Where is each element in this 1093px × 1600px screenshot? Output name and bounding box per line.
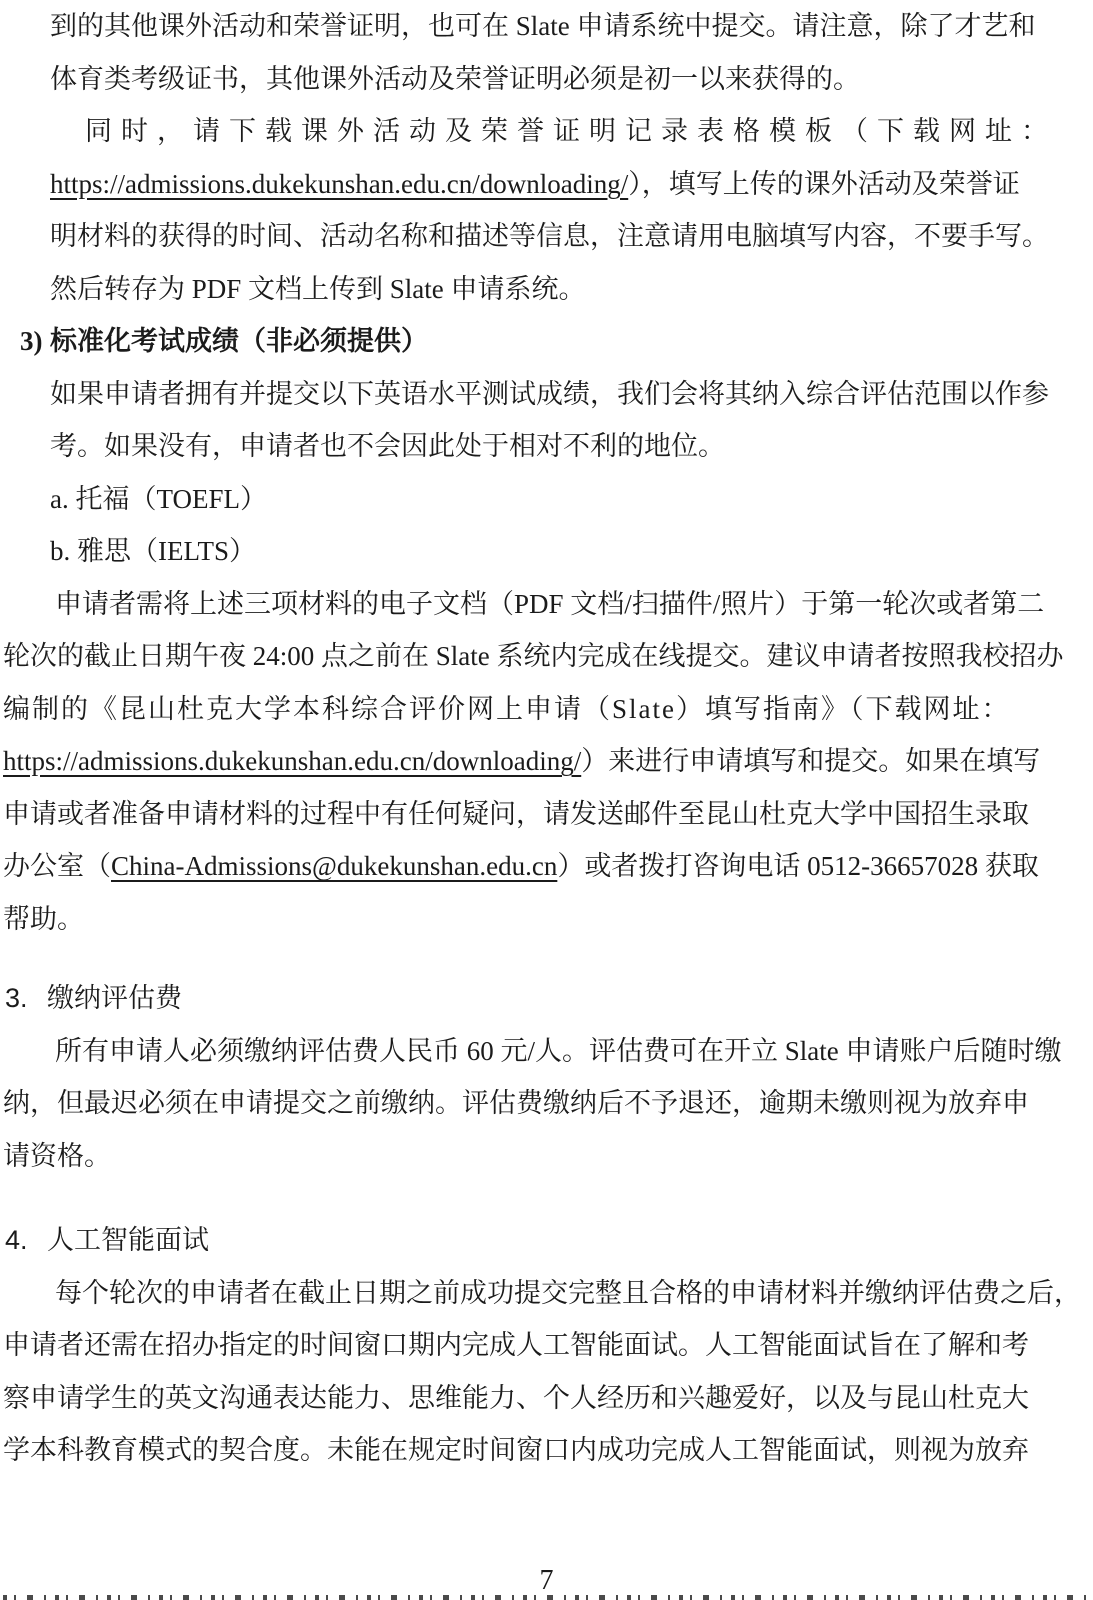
paragraph-text: 办公室（ — [3, 851, 111, 881]
section-heading-assessment-fee: 3.缴纳评估费 — [0, 972, 1093, 1025]
paragraph-line: 学本科教育模式的契合度。未能在规定时间窗口内成功完成人工智能面试，则视为放弃 — [0, 1424, 1093, 1477]
paragraph-line: 所有申请人必须缴纳评估费人民币 60 元/人。评估费可在开立 Slate 申请账… — [0, 1025, 1093, 1078]
subheading-label: 标准化考试成绩（非必须提供） — [50, 326, 428, 356]
paragraph-line: 同时，请下载课外活动及荣誉证明记录表格模板（下载网址： — [0, 105, 1093, 158]
paragraph-line: 帮助。 — [0, 893, 1093, 946]
paragraph-line: https://admissions.dukekunshan.edu.cn/do… — [0, 158, 1093, 211]
paragraph-text: ），填写上传的课外活动及荣誉证 — [628, 169, 1020, 199]
paragraph-text: ）来进行申请填写和提交。如果在填写 — [581, 746, 1040, 776]
paragraph-line: 办公室（China-Admissions@dukekunshan.edu.cn）… — [0, 840, 1093, 893]
section-number: 4. — [0, 1214, 47, 1267]
paragraph-line: 体育类考级证书，其他课外活动及荣誉证明必须是初一以来获得的。 — [0, 53, 1093, 106]
section-heading-ai-interview: 4.人工智能面试 — [0, 1214, 1093, 1267]
paragraph-line: 纳，但最迟必须在申请提交之前缴纳。评估费缴纳后不予退还，逾期未缴则视为放弃申 — [0, 1077, 1093, 1130]
admissions-email-link[interactable]: China-Admissions@dukekunshan.edu.cn — [111, 851, 557, 881]
paragraph-line: https://admissions.dukekunshan.edu.cn/do… — [0, 735, 1093, 788]
download-url-link[interactable]: https://admissions.dukekunshan.edu.cn/do… — [3, 746, 581, 776]
paragraph-line: 申请或者准备申请材料的过程中有任何疑问，请发送邮件至昆山杜克大学中国招生录取 — [0, 788, 1093, 841]
paragraph-line: 到的其他课外活动和荣誉证明，也可在 Slate 申请系统中提交。请注意，除了才艺… — [0, 0, 1093, 53]
list-item-toefl: a. 托福（TOEFL） — [0, 473, 1093, 526]
section-label: 人工智能面试 — [47, 1225, 209, 1255]
paragraph-text: ）或者拨打咨询电话 0512-36657028 获取 — [557, 851, 1039, 881]
clipped-next-line-fragment — [3, 1595, 1089, 1600]
list-item-ielts: b. 雅思（IELTS） — [0, 525, 1093, 578]
paragraph-line: 如果申请者拥有并提交以下英语水平测试成绩，我们会将其纳入综合评估范围以作参 — [0, 368, 1093, 421]
paragraph-line: 轮次的截止日期午夜 24:00 点之前在 Slate 系统内完成在线提交。建议申… — [0, 630, 1093, 683]
paragraph-line: 考。如果没有，申请者也不会因此处于相对不利的地位。 — [0, 420, 1093, 473]
paragraph-line: 每个轮次的申请者在截止日期之前成功提交完整且合格的申请材料并缴纳评估费之后， — [0, 1267, 1093, 1320]
paragraph-line: 请资格。 — [0, 1130, 1093, 1183]
section-label: 缴纳评估费 — [47, 983, 182, 1013]
document-page: 到的其他课外活动和荣誉证明，也可在 Slate 申请系统中提交。请注意，除了才艺… — [0, 0, 1093, 1600]
paragraph-line: 申请者还需在招办指定的时间窗口期内完成人工智能面试。人工智能面试旨在了解和考 — [0, 1319, 1093, 1372]
paragraph-line: 编制的《昆山杜克大学本科综合评价网上申请（Slate）填写指南》（下载网址： — [0, 683, 1093, 736]
subheading-number: 3) — [20, 315, 50, 368]
paragraph-line: 察申请学生的英文沟通表达能力、思维能力、个人经历和兴趣爱好，以及与昆山杜克大 — [0, 1372, 1093, 1425]
paragraph-line: 申请者需将上述三项材料的电子文档（PDF 文档/扫描件/照片）于第一轮次或者第二 — [0, 578, 1093, 631]
section-number: 3. — [0, 972, 47, 1025]
download-url-link[interactable]: https://admissions.dukekunshan.edu.cn/do… — [50, 169, 628, 199]
paragraph-line: 然后转存为 PDF 文档上传到 Slate 申请系统。 — [0, 263, 1093, 316]
subheading-standardized-tests: 3)标准化考试成绩（非必须提供） — [0, 315, 1093, 368]
paragraph-line: 明材料的获得的时间、活动名称和描述等信息，注意请用电脑填写内容，不要手写。 — [0, 210, 1093, 263]
